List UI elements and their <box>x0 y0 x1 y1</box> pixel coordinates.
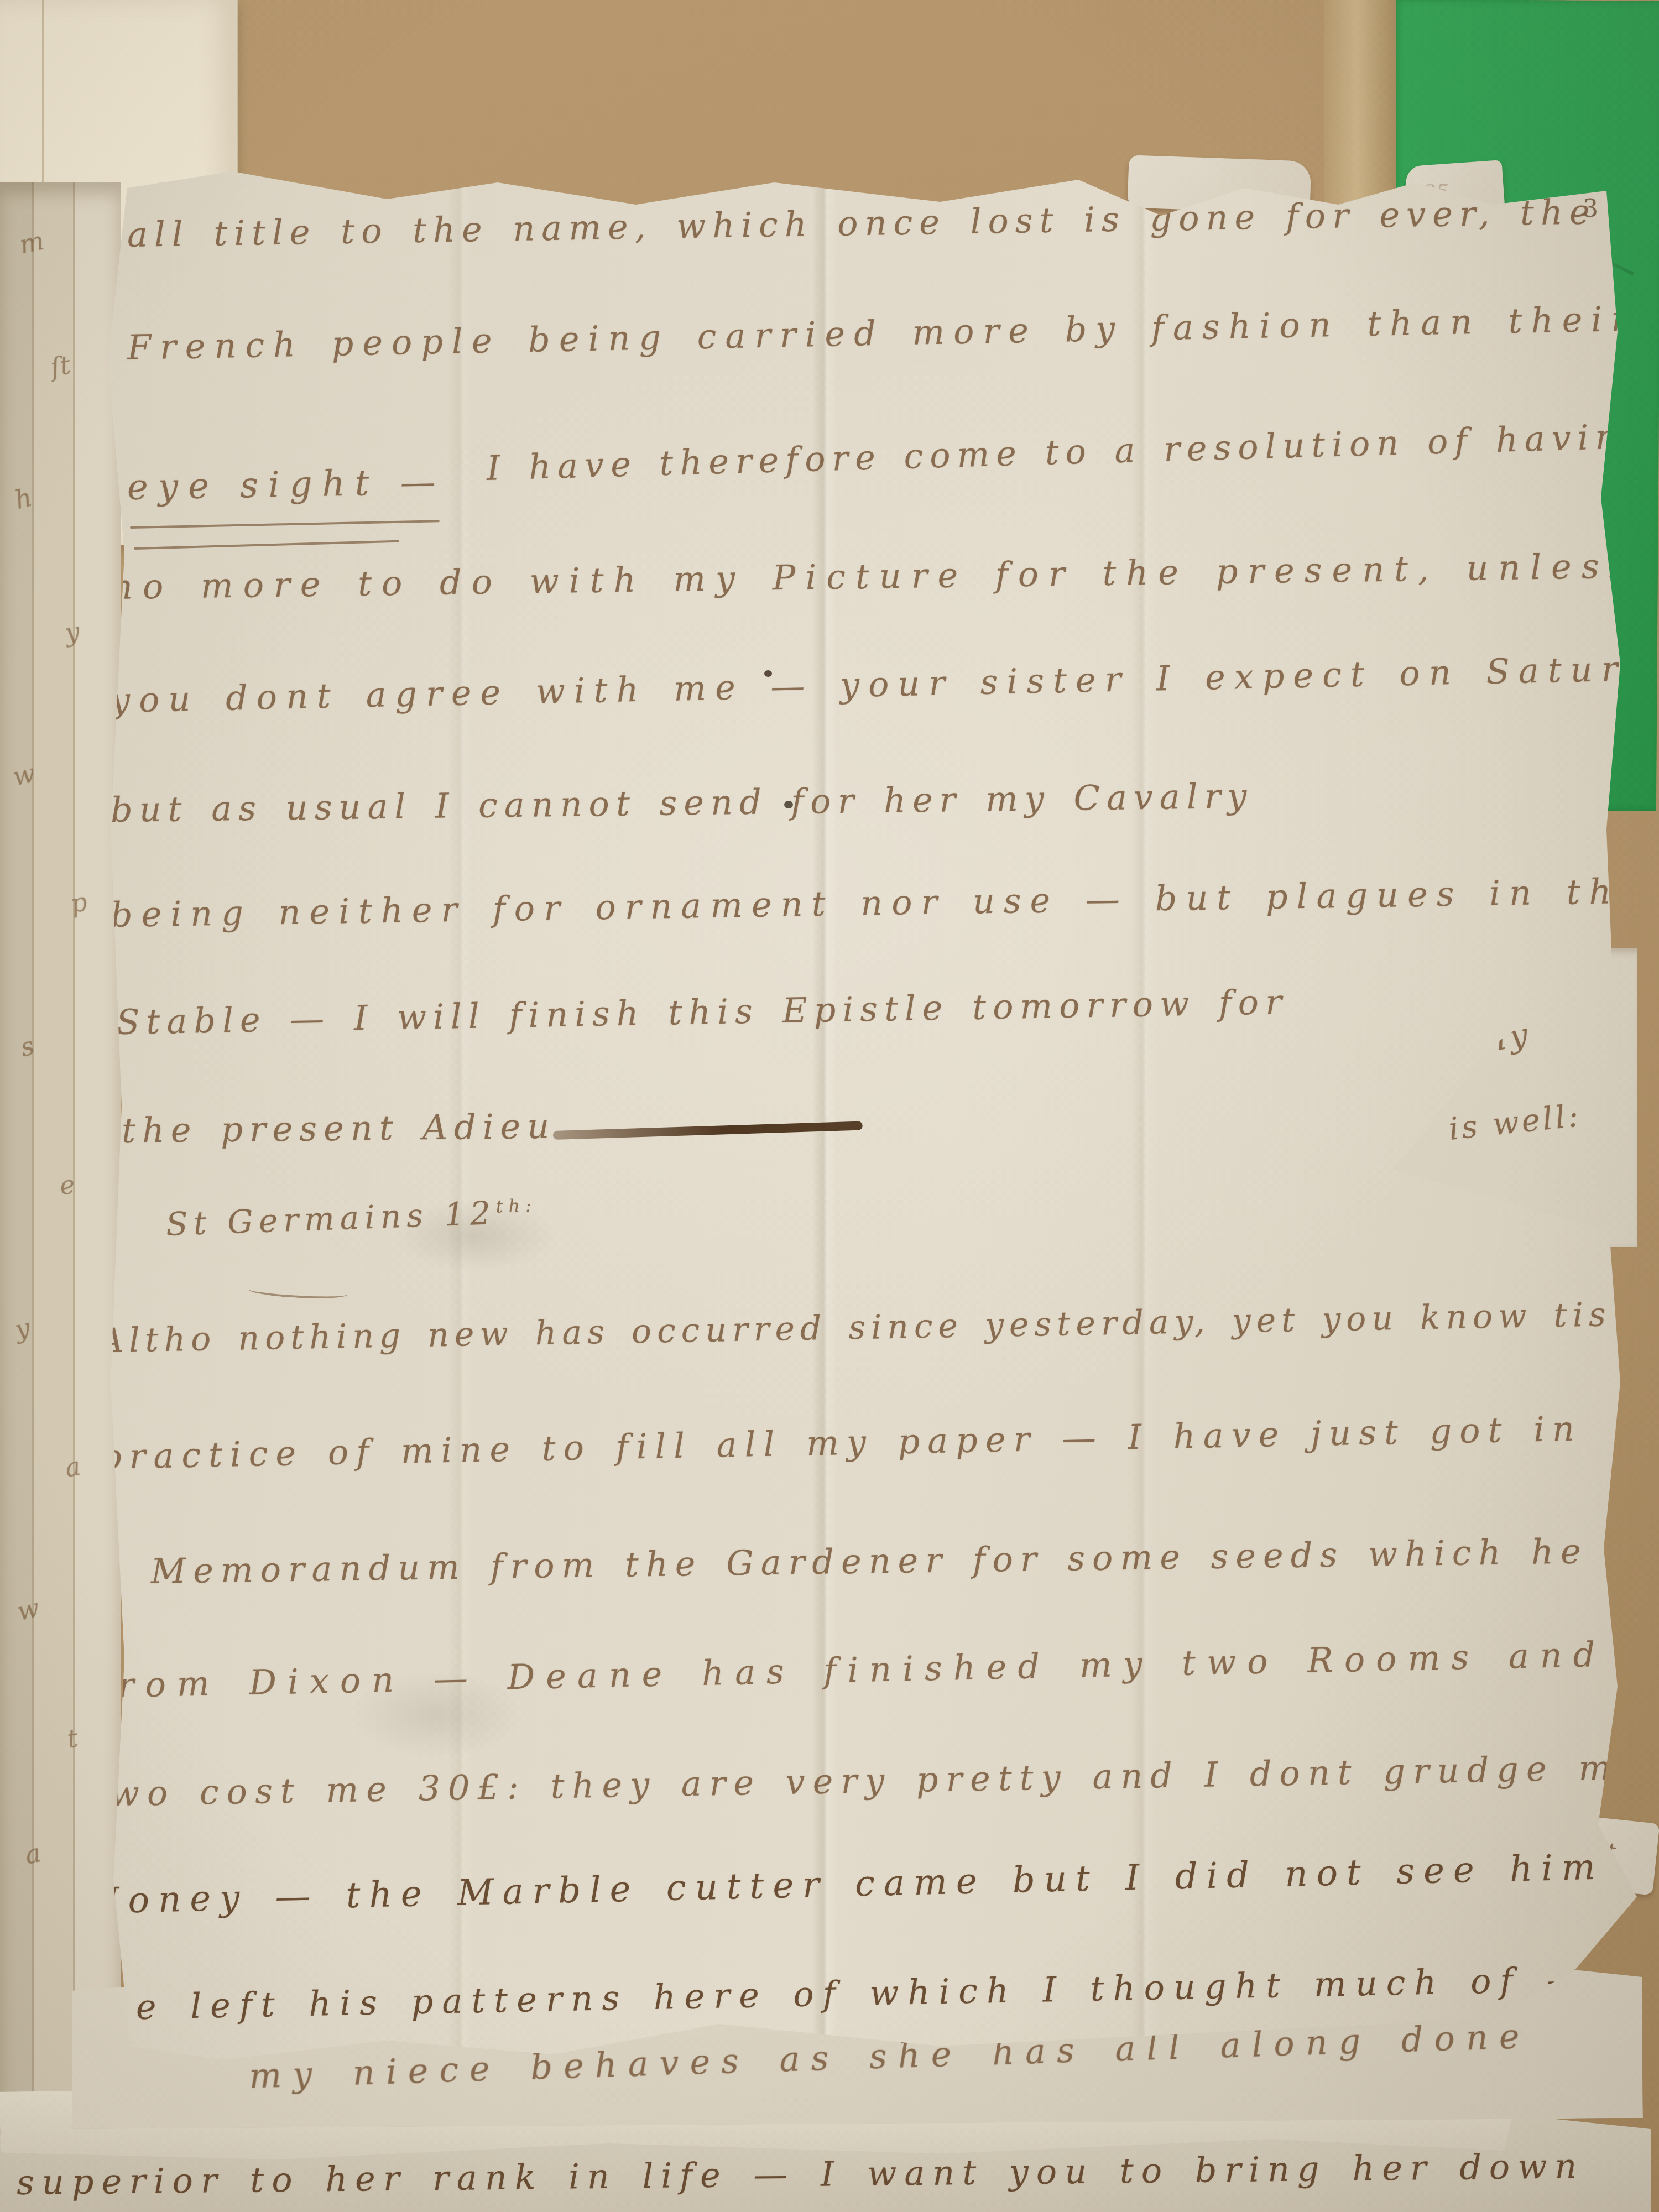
dateline-squiggle <box>248 1282 348 1302</box>
double-underline-stroke <box>134 540 399 550</box>
margin-fragment: w <box>10 758 38 791</box>
handwriting-line: French people being carried more by fash… <box>127 299 1636 368</box>
handwriting-line: Money — the Marble cutter came but I did… <box>82 1847 1604 1922</box>
manuscript-page: 3 all title to the name, which once lost… <box>83 166 1648 2068</box>
margin-fragment: y <box>12 1312 33 1344</box>
dateline-ordinal: th: <box>495 1194 537 1217</box>
margin-fragment: h <box>12 482 35 515</box>
handwriting-line-underlined: eye sight — <box>127 462 446 508</box>
margin-fragment: w <box>14 1593 43 1626</box>
margin-fragment: p <box>68 886 90 919</box>
handwriting-line: all title to the name, which once lost i… <box>127 191 1597 255</box>
handwriting-line: from Dixon — Deane has finished my two R… <box>93 1631 1659 1706</box>
handwriting-line: Altho nothing new has occurred since yes… <box>99 1295 1658 1360</box>
margin-fragment: a <box>62 1451 82 1483</box>
handwriting-line: practice of mine to fill all my paper — … <box>99 1408 1582 1477</box>
handwriting-line: two cost me 30£: they are very pretty an… <box>88 1747 1646 1814</box>
handwriting-line: but as usual I cannot send for her my Ca… <box>111 776 1254 830</box>
margin-fragment: y <box>63 616 82 648</box>
margin-fragment: m <box>17 226 46 260</box>
handwriting-line: he left his patterns here of which I tho… <box>105 1959 1590 2028</box>
handwriting-line: Stable — I will finish this Epistle tomo… <box>116 982 1288 1042</box>
margin-fragment: a <box>22 1838 43 1870</box>
handwriting-line: a Memorandum from the Gardener for some … <box>99 1528 1659 1592</box>
margin-fragment: ſt <box>48 349 72 382</box>
handwriting-line: I have therefore come to a resolution of… <box>486 415 1653 488</box>
photo-of-manuscript: m ſt h y w p s e y a w t a 25 bably is w… <box>0 0 1659 2212</box>
undersheet-fragment-line: is well: <box>1447 1098 1583 1147</box>
margin-fragment: t <box>65 1723 80 1754</box>
double-underline-stroke <box>130 520 440 529</box>
margin-fragment: s <box>18 1030 37 1062</box>
left-sheet-stack: m ſt h y w p s e y a w t a <box>0 182 121 2212</box>
handwriting-line: no more to do with my Picture for the pr… <box>110 545 1636 607</box>
handwriting-line: you dont agree with me — your sister I e… <box>110 646 1659 721</box>
handwriting-line: the present Adieu <box>122 1106 556 1151</box>
margin-fragment: e <box>58 1169 77 1201</box>
handwriting-line: being neither for ornament nor use — but… <box>110 870 1649 935</box>
